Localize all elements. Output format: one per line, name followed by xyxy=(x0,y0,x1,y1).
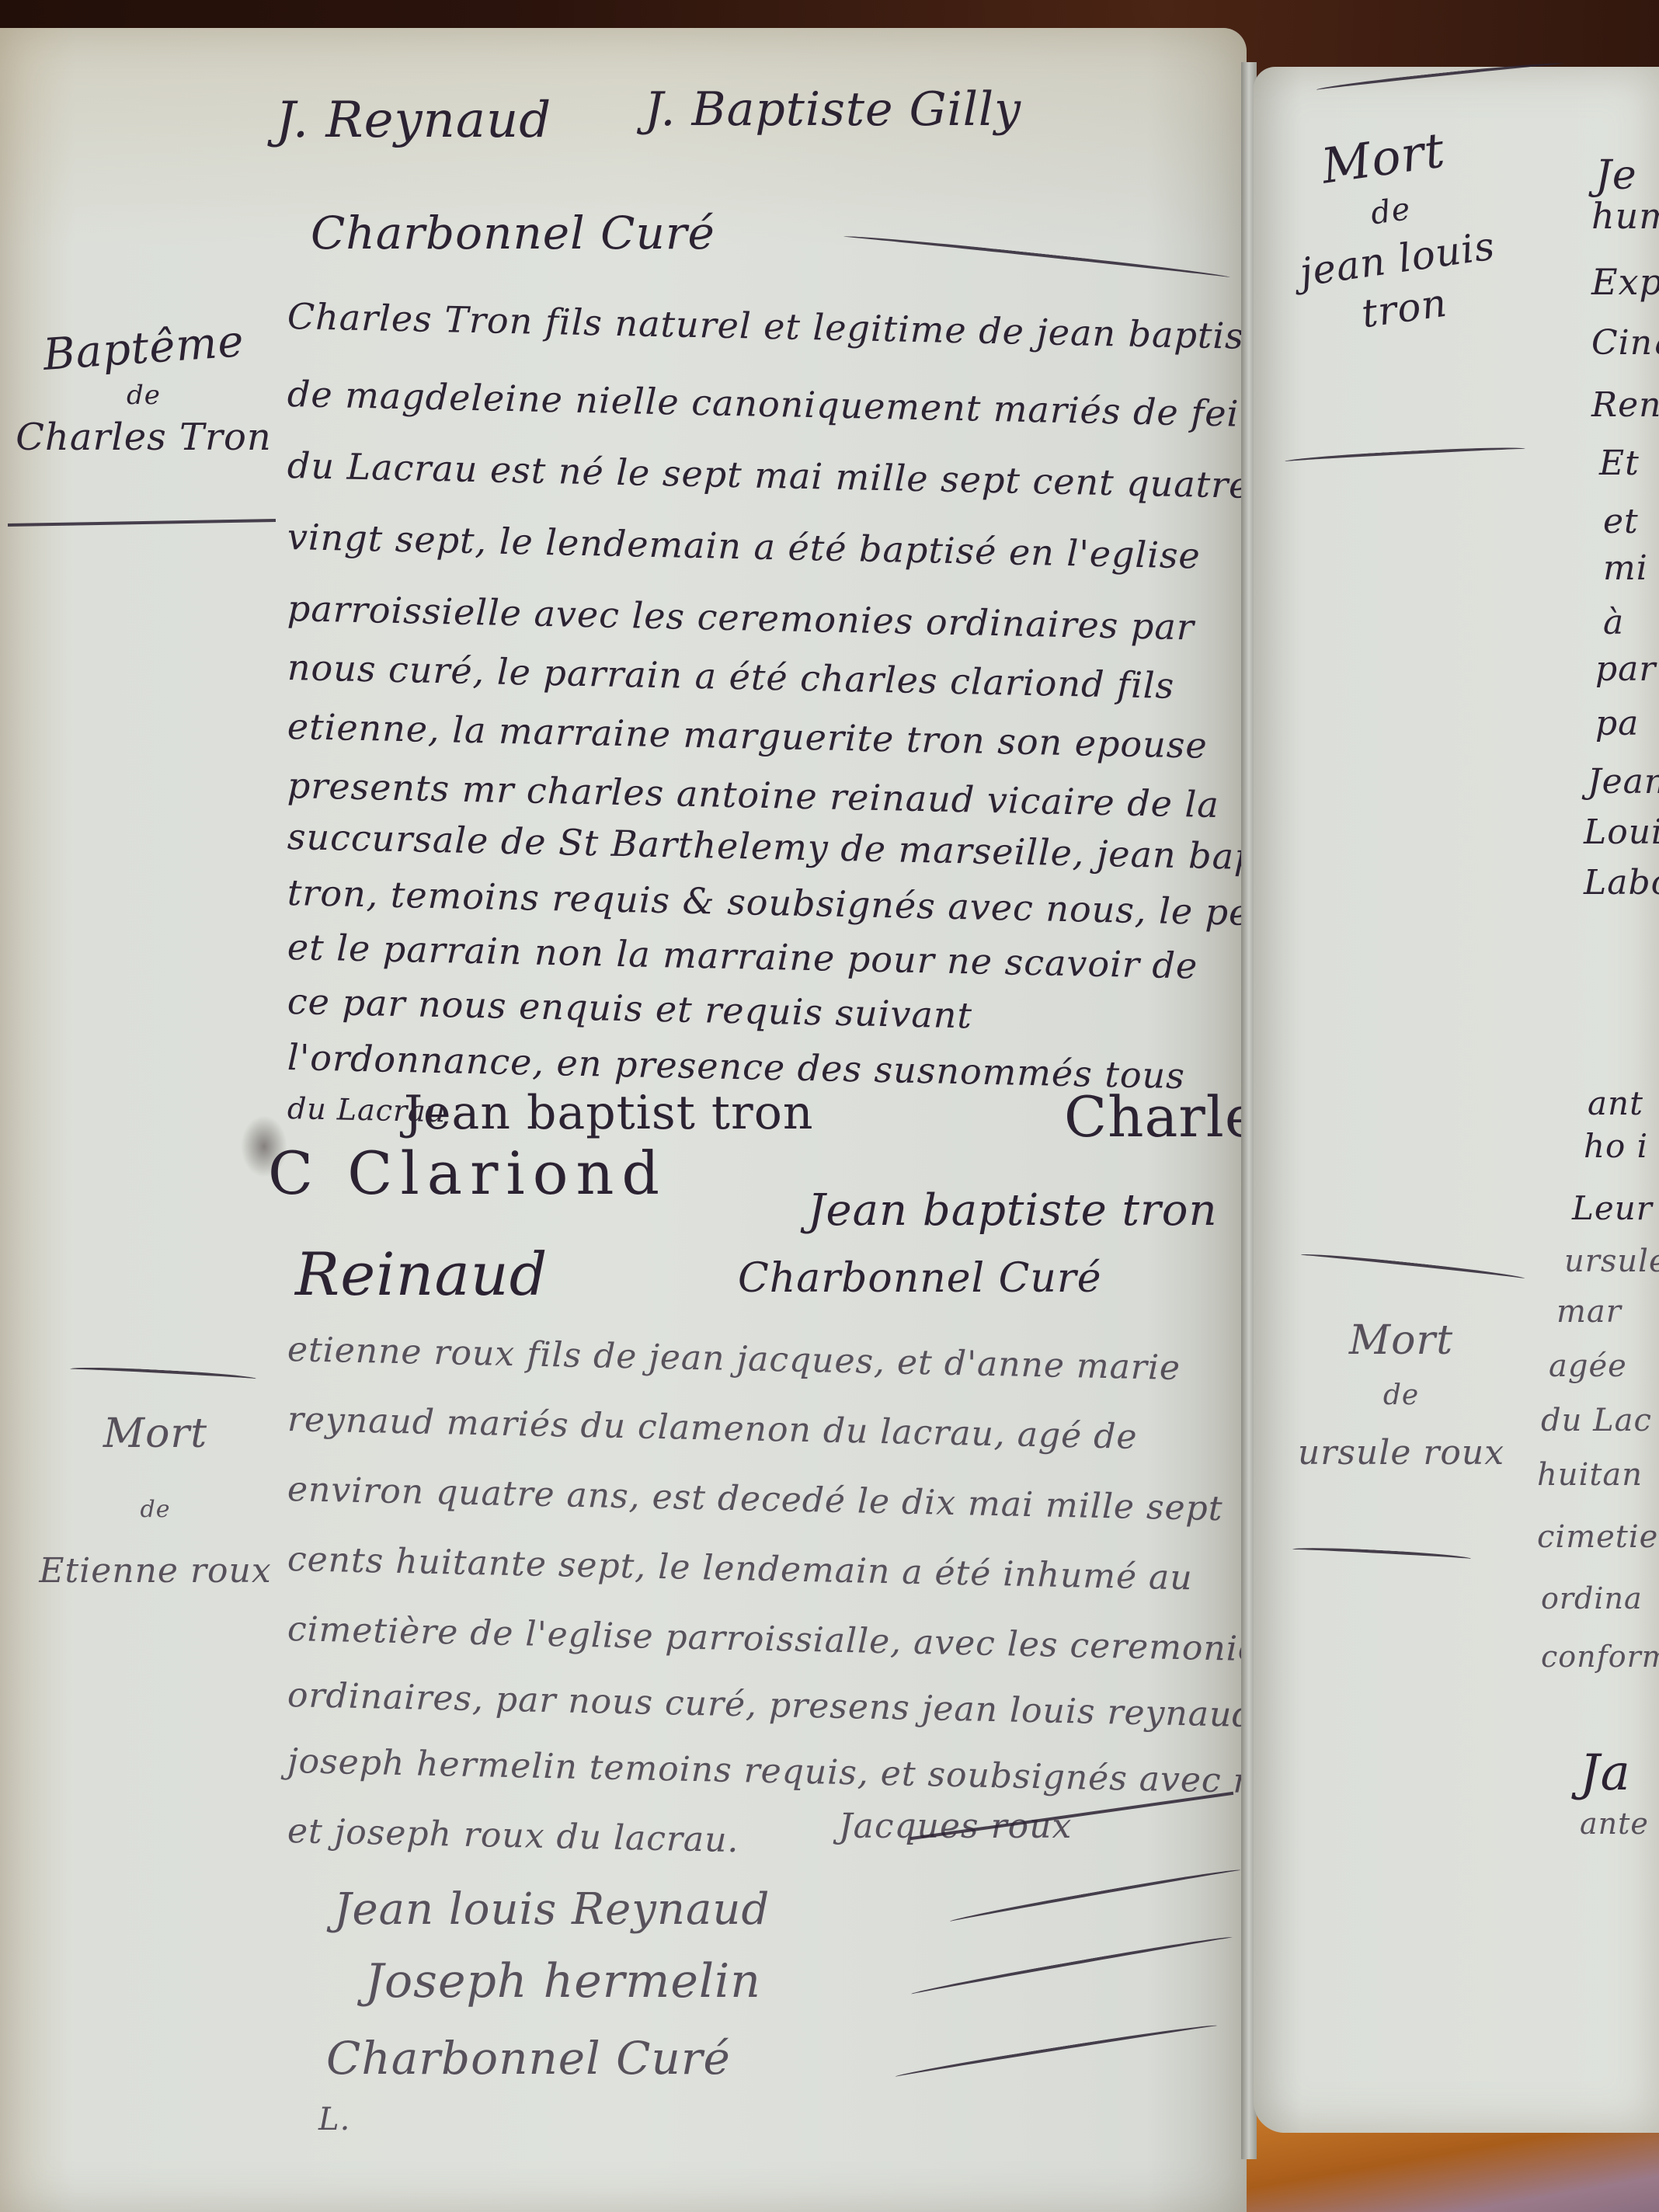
signature: Charbonnel Curé xyxy=(738,1255,1102,1302)
footer-mark: L. xyxy=(318,2102,350,2137)
flourish xyxy=(70,1365,256,1383)
margin-title-death: Mort de Etienne roux xyxy=(16,1410,295,1591)
cutoff-word: Ren xyxy=(1591,385,1659,425)
cutoff-word: ordina xyxy=(1541,1581,1643,1616)
margin-title-line: Etienne roux xyxy=(16,1551,295,1591)
entry-line: vingt sept, le lendemain a été baptisé e… xyxy=(287,519,1202,574)
entry-line: Charles Tron fils naturel et legitime de… xyxy=(287,298,1331,356)
signature: Joseph hermelin xyxy=(365,1954,761,2009)
cutoff-word: ant xyxy=(1588,1084,1643,1122)
cutoff-word: mar xyxy=(1556,1294,1622,1330)
entry-line: ordinaires, par nous curé, presens jean … xyxy=(287,1678,1255,1733)
entry-line: cimetière de l'eglise parroissialle, ave… xyxy=(287,1612,1278,1668)
flourish xyxy=(949,1866,1241,1925)
header-signature-reynaud: J. Reynaud xyxy=(276,92,551,149)
margin-note-death-jean-louis-tron: Mort de jean louis tron xyxy=(1256,113,1530,348)
entry-line: cents huitante sept, le lendemain a été … xyxy=(287,1542,1194,1595)
cutoff-word: Ja xyxy=(1580,1744,1631,1802)
flourish xyxy=(1292,1546,1471,1563)
cutoff-word: agée xyxy=(1549,1348,1627,1384)
cutoff-word: pa xyxy=(1595,704,1639,743)
cutoff-word: et xyxy=(1603,502,1639,541)
margin-title-line: Baptême xyxy=(14,315,273,383)
entry-line: etienne, la marraine marguerite tron son… xyxy=(287,708,1209,763)
cutoff-word: cimetie xyxy=(1537,1519,1658,1555)
cutoff-word: conform xyxy=(1541,1640,1659,1674)
flourish xyxy=(1285,445,1525,465)
margin-title-line: Mort xyxy=(16,1410,295,1457)
entry-line: joseph hermelin temoins requis, et soubs… xyxy=(287,1744,1319,1800)
entry-line: et joseph roux du lacrau. xyxy=(287,1814,739,1858)
cutoff-word: hum xyxy=(1591,195,1659,237)
entry-line: environ quatre ans, est decedé le dix ma… xyxy=(287,1473,1223,1526)
signature: Charbonnel Curé xyxy=(326,2032,731,2085)
cutoff-word: huitan xyxy=(1537,1457,1643,1493)
entry-line: reynaud mariés du clamenon du lacrau, ag… xyxy=(287,1403,1138,1455)
signature: Jean louis Reynaud xyxy=(334,1884,770,1935)
cutoff-word: Cinq xyxy=(1591,323,1659,363)
margin-note-line: de xyxy=(1261,1379,1541,1411)
cutoff-word: Jean xyxy=(1588,762,1659,802)
left-page: J. Reynaud J. Baptiste Gilly Charbonnel … xyxy=(0,28,1247,2212)
cutoff-word: Et xyxy=(1599,443,1640,483)
entry-line: ce par nous enquis et requis suivant xyxy=(287,983,973,1033)
entry-line: etienne roux fils de jean jacques, et d'… xyxy=(287,1333,1181,1386)
flourish xyxy=(1300,1251,1525,1282)
cutoff-word: à xyxy=(1603,603,1624,642)
signature: C Clariond xyxy=(268,1139,667,1208)
cutoff-word: Exp xyxy=(1591,261,1659,303)
signature: Jean baptist tron xyxy=(404,1086,813,1140)
margin-title-line: de xyxy=(16,380,272,411)
margin-title-baptism: Baptême de Charles Tron xyxy=(16,323,272,459)
entry-line: de magdeleine nielle canoniquement marié… xyxy=(287,376,1295,433)
cutoff-word: ante xyxy=(1580,1807,1649,1841)
cutoff-word: ho i xyxy=(1584,1127,1648,1165)
entry-line: succursale de St Barthelemy de marseille… xyxy=(287,819,1342,876)
entry-line: parroissielle avec les ceremonies ordina… xyxy=(287,590,1195,645)
margin-title-line: Charles Tron xyxy=(16,416,272,459)
signature: Jean baptiste tron xyxy=(808,1185,1218,1236)
header-signature-charbonnel: Charbonnel Curé xyxy=(311,207,715,259)
entry-line: presents mr charles antoine reinaud vica… xyxy=(287,767,1220,823)
margin-note-line: ursule roux xyxy=(1261,1433,1541,1473)
margin-title-line: de xyxy=(16,1496,295,1523)
signature: Jacques roux xyxy=(839,1807,1072,1846)
margin-note-death-ursule-roux: Mort de ursule roux xyxy=(1261,1317,1541,1473)
cutoff-word: Labo xyxy=(1584,863,1659,903)
cutoff-word: par xyxy=(1595,649,1656,689)
cutoff-word: Leur xyxy=(1572,1189,1653,1227)
entry-line: tron, temoins requis & soubsignés avec n… xyxy=(287,875,1292,931)
cutoff-word: ursule xyxy=(1564,1243,1659,1279)
signature: Reinaud xyxy=(295,1240,548,1309)
entry-line: et le parrain non la marraine pour ne sc… xyxy=(287,929,1198,984)
flourish xyxy=(910,1934,1233,1998)
entry-line: du Lacrau est né le sept mai mille sept … xyxy=(287,447,1251,503)
cutoff-word: mi xyxy=(1603,548,1648,588)
flourish xyxy=(895,2022,1218,2081)
right-page: Mort de jean louis tron Mort de ursule r… xyxy=(1254,67,1659,2133)
entry-line: nous curé, le parrain a été charles clar… xyxy=(287,649,1175,704)
flourish xyxy=(843,233,1230,281)
header-signature-gilly: J. Baptiste Gilly xyxy=(645,82,1021,137)
cutoff-word: du Lac xyxy=(1541,1403,1652,1438)
cutoff-word: Louis xyxy=(1584,812,1659,852)
margin-rule xyxy=(8,519,276,527)
margin-note-line: Mort xyxy=(1261,1317,1541,1364)
cutoff-word: Je xyxy=(1595,152,1637,199)
